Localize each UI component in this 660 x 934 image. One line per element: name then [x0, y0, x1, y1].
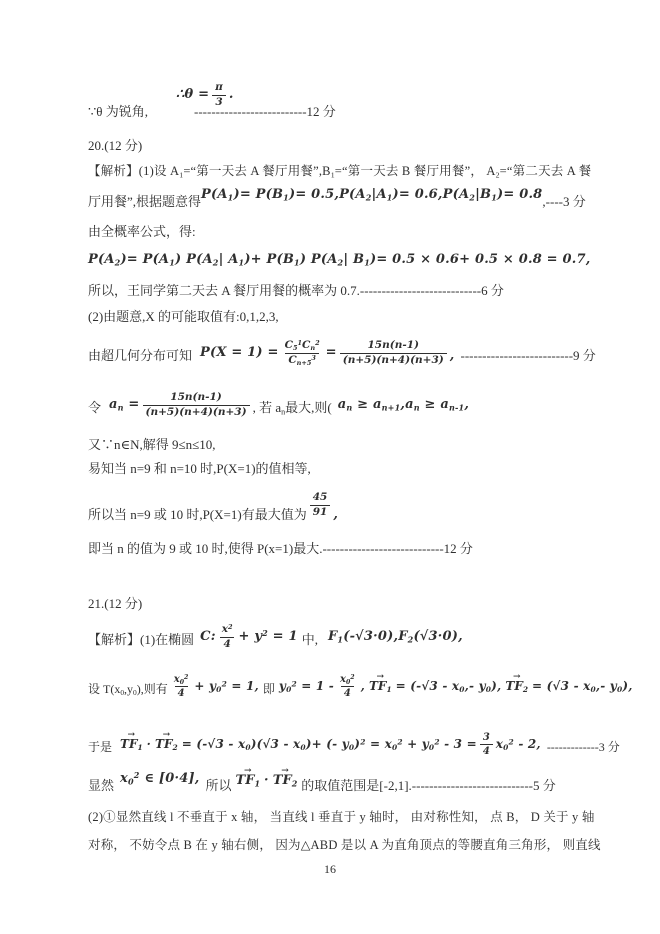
inequalities: an ≥ an+1,an ≥ an-1, [338, 397, 469, 413]
theta-equals: ∴θ = [176, 87, 209, 103]
ji-text: 即 [263, 682, 275, 699]
q21-dot-product-line: 于是 TF1 · TF2 = (-√3 - x0)(√3 - x0)+ (- y… [88, 732, 620, 757]
q20-solution-line-2: 厅用餐”,根据题意得 P(A1)= P(B1)= 0.5,P(A2|A1)= 0… [88, 194, 586, 210]
score-marker-3: -------------3 分 [547, 740, 620, 757]
result-term: x02 - 2, [496, 737, 541, 752]
vector-tf2: TF2 [505, 679, 528, 694]
equals-sign: = [326, 345, 337, 361]
fraction-numerator: π [212, 82, 226, 95]
vector-tf1-value: = (-√3 - x0,- y0), [396, 679, 502, 694]
because-theta-acute: ∵θ 为锐角, [88, 104, 148, 120]
fraction-numerator: 3 [480, 732, 493, 744]
line-prefix: 厅用餐”,根据题意得 [88, 194, 201, 210]
q20-solution-line-10: 易知当 n=9 和 n=10 时,P(X=1)的值相等, [88, 461, 311, 477]
probability-values: P(A1)= P(B1)= 0.5,P(A2|A1)= 0.6,P(A2|B1)… [201, 187, 542, 203]
q20-solution-line-3: 由全概率公式，得: [88, 224, 196, 240]
q20-solution-line-6: (2)由题意,X 的可能取值有:0,1,2,3, [88, 309, 279, 325]
vector-tf2: TF2 [273, 773, 298, 789]
line-prefix: 所以当 n=9 或 10 时,P(X=1)有最大值为 [88, 507, 307, 523]
score-marker-3: ,----3 分 [542, 194, 585, 210]
fraction-combinations: C51Cn2 Cn+53 [282, 340, 323, 366]
q20-total-probability-formula: P(A2)= P(A1) P(A2| A1)+ P(B1) P(A2| B1)=… [88, 252, 590, 268]
period: . [229, 87, 234, 103]
fraction-numerator: 15n(n-1) [167, 392, 224, 405]
dot-operator: · [147, 737, 151, 752]
fraction-3-over-4: 3 4 [480, 732, 493, 757]
q21-part2-line-1: (2)①显然直线 l 不垂直于 x 轴， 当直线 l 垂直于 y 轴时， 由对称… [88, 810, 595, 826]
fraction-an: 15n(n-1) (n+5)(n+4)(n+3) [143, 392, 250, 418]
fraction-15n: 15n(n-1) (n+5)(n+4)(n+3) [340, 340, 447, 366]
comma: , [361, 679, 365, 694]
fraction-denominator: (n+5)(n+4)(n+3) [340, 353, 447, 367]
q20-hypergeometric-line: 由超几何分布可知 P(X = 1) = C51Cn2 Cn+53 = 15n(n… [88, 340, 596, 366]
fraction-denominator: 91 [310, 505, 331, 519]
ellipse-equation: + y2 = 1 [239, 629, 298, 645]
line-prefix: 由超几何分布可知 [88, 348, 192, 366]
q21-point-t-line: 设 T(x0,y0),则有 x02 4 + y02 = 1, 即 y02 = 1… [88, 674, 633, 699]
fraction-denominator: 4 [341, 686, 354, 699]
fraction-denominator: 4 [175, 686, 188, 699]
an-equals: an = [109, 397, 140, 413]
acute-angle-line: ∵θ 为锐角, --------------------------12 分 [88, 104, 336, 120]
dot-product-expansion: = (-√3 - x0)(√3 - x0)+ (- y0)2 = x02 + y… [182, 737, 477, 752]
ellipse-c: C: [200, 629, 216, 645]
score-marker-12: --------------------------12 分 [194, 104, 336, 120]
conclusion-with-score-6: 所以，王同学第二天去 A 餐厅用餐的概率为 0.7.--------------… [88, 283, 504, 299]
line-prefix: 设 T(x0,y0),则有 [88, 682, 168, 699]
fraction-denominator: 4 [480, 744, 493, 757]
conclusion-with-score-12: 即当 n 的值为 9 或 10 时,使得 P(x=1)最大.----------… [88, 541, 473, 557]
q20-solution-line-5: 所以，王同学第二天去 A 餐厅用餐的概率为 0.7.--------------… [88, 283, 504, 299]
fraction-numerator: 45 [310, 492, 331, 505]
line-prefix: 显然 [88, 778, 114, 794]
range-with-score-5: 的取值范围是[-2,1].---------------------------… [301, 778, 555, 794]
vector-tf1: TF1 [369, 679, 392, 694]
comma: , [333, 507, 338, 523]
q21-part2-line-2: 对称， 不妨令点 B 在 y 轴右侧， 因为△ABD 是以 A 为直角顶点的等腰… [88, 838, 601, 854]
fraction-numerator: x02 [337, 674, 358, 686]
px1-equals: P(X = 1) = [200, 345, 279, 361]
suoyi-text: 所以 [206, 778, 232, 794]
fraction-x02-over-4b: x02 4 [337, 674, 358, 699]
fraction-denominator: Cn+53 [285, 353, 319, 367]
fraction-numerator: C51Cn2 [282, 340, 323, 353]
fraction-numerator: x2 [219, 624, 236, 637]
comma: , [450, 348, 455, 366]
equation-part-2: y02 = 1 - [279, 679, 334, 694]
fraction-denominator: 4 [220, 637, 233, 651]
question-20-heading: 20.(12 分) [88, 138, 142, 154]
score-marker-9: --------------------------9 分 [461, 348, 596, 366]
fraction-numerator: 15n(n-1) [365, 340, 422, 353]
q21-range-line: 显然 x02 ∈ [0·4], 所以 TF1 · TF2 的取值范围是[-2,1… [88, 778, 556, 794]
question-21-heading: 21.(12 分) [88, 596, 142, 612]
vector-tf1: TF1 [120, 737, 143, 752]
vector-tf2-value: = (√3 - x0,- y0), [532, 679, 633, 694]
line-prefix: 于是 [88, 740, 112, 757]
fraction-x2-over-4: x2 4 [219, 624, 236, 650]
vector-tf1: TF1 [236, 773, 261, 789]
dot-operator: · [264, 773, 269, 789]
q21-ellipse-line: 【解析】(1)在椭圆 C: x2 4 + y2 = 1 中, F1(-√3·0)… [88, 624, 463, 650]
q20-solution-line-12: 即当 n 的值为 9 或 10 时,使得 P(x=1)最大.----------… [88, 541, 473, 557]
document-page: ∴θ = π 3 . ∵θ 为锐角, ---------------------… [0, 0, 660, 934]
condition-text: , 若 an最大,则( [253, 400, 332, 418]
zhong-text: 中, [302, 632, 318, 650]
line-prefix: 令 [88, 400, 101, 418]
fraction-numerator: x02 [171, 674, 192, 686]
q20-solution-line-1: 【解析】(1)设 A1=“第一天去 A 餐厅用餐”,B1=“第一天去 B 餐厅用… [88, 164, 591, 180]
vector-tf2: TF2 [155, 737, 178, 752]
foci-coordinates: F1(-√3·0),F2(√3·0), [328, 629, 463, 645]
page-number: 16 [0, 862, 660, 877]
q20-an-definition-line: 令 an = 15n(n-1) (n+5)(n+4)(n+3) , 若 an最大… [88, 392, 469, 418]
fraction-45-91: 45 91 [310, 492, 331, 518]
fraction-denominator: (n+5)(n+4)(n+3) [143, 405, 250, 419]
fraction-x02-over-4: x02 4 [171, 674, 192, 699]
q20-solution-line-9: 又∵n∈N,解得 9≤n≤10, [88, 437, 216, 453]
x0-range: x02 ∈ [0·4], [120, 771, 200, 787]
equation-part-1: + y02 = 1, [194, 679, 259, 694]
line-prefix: 【解析】(1)在椭圆 [88, 632, 194, 650]
q20-max-value-line: 所以当 n=9 或 10 时,P(X=1)有最大值为 45 91 , [88, 497, 338, 523]
